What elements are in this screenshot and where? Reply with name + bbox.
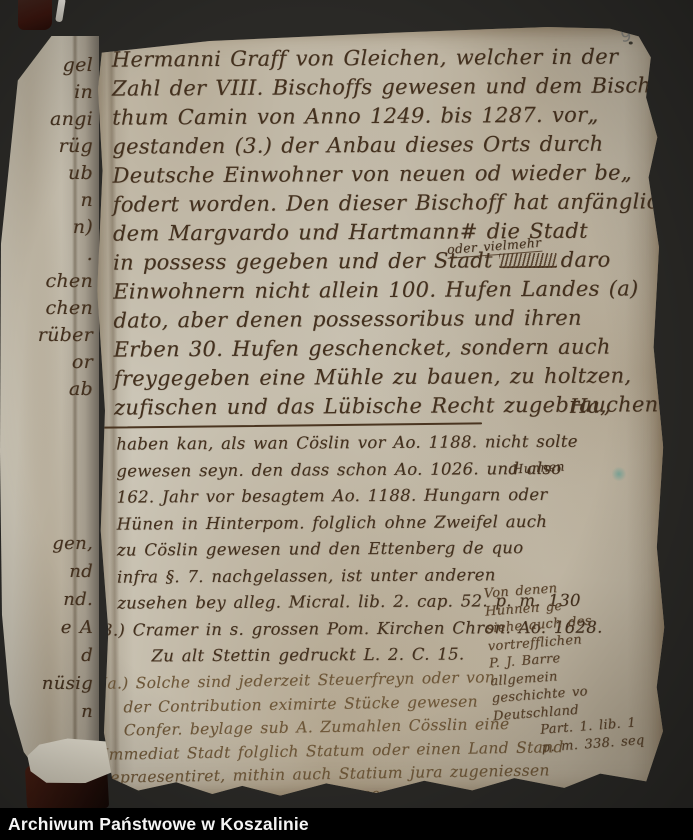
text-fragment: rüg (38, 133, 93, 160)
text-fragment: ub (38, 160, 93, 187)
manuscript-text-line: gestanden (3.) der Anbau dieses Orts dur… (112, 129, 654, 161)
scribbled-out-word (499, 253, 557, 268)
text-before-scribble: in possess gegeben und der Stadt (113, 248, 493, 274)
text-fragment: n (42, 698, 93, 726)
text-fragment: gel (38, 52, 93, 79)
manuscript-text-line: 162. Jahr vor besagtem Ao. 1188. Hungarn… (116, 481, 656, 511)
text-fragment: nd (42, 558, 93, 586)
text-fragment: n) (38, 214, 93, 241)
binding-thread (55, 0, 66, 22)
manuscript-text-line: Erben 30. Hufen geschencket, sondern auc… (114, 332, 656, 364)
text-fragment: nd. (42, 586, 93, 614)
archive-watermark-text: Archiwum Państwowe w Koszalinie (8, 814, 309, 835)
manuscript-text-line: freygegeben eine Mühle zu bauen, zu holt… (114, 361, 656, 393)
text-fragment: nüsig (42, 670, 93, 698)
catchword: Ha„ (570, 394, 611, 418)
manuscript-text-line: fodert worden. Den dieser Bischoff hat a… (113, 187, 655, 219)
text-fragment: gen, (42, 530, 93, 558)
text-fragment: chen (38, 268, 93, 295)
previous-page-text-fragments: gen, nd nd. e A d nüsig n (42, 530, 93, 726)
text-after-scribble: daro (561, 248, 611, 272)
text-fragment: e A (42, 614, 93, 642)
text-fragment: rüber (38, 322, 93, 349)
manuscript-text-line: haben kan, als wan Cöslin vor Ao. 1188. … (116, 428, 656, 458)
manuscript-text-line: Hermanni Graff von Gleichen, welcher in … (112, 42, 654, 74)
manuscript-text-line: thum Camin von Anno 1249. bis 1287. vor„ (112, 100, 654, 132)
manuscript-text-line: Deutsche Einwohner von neuen od wieder b… (112, 158, 654, 190)
manuscript-page: 9 Hermanni Graff von Gleichen, welcher i… (90, 25, 669, 800)
manuscript-text-line: Einwohnern nicht allein 100. Hufen Lande… (113, 274, 655, 306)
text-fragment: . (38, 241, 93, 268)
text-fragment: chen (38, 295, 93, 322)
manuscript-text-line-with-correction: in possess gegeben und der Stadtdaro (113, 245, 655, 277)
watermark-bar: Archiwum Państwowe w Koszalinie (0, 808, 693, 840)
text-fragment: n (38, 187, 93, 214)
text-fragment: or (38, 349, 93, 376)
text-fragment: ab (38, 376, 93, 403)
manuscript-text-line: gewesen seyn. den dass schon Ao. 1026. u… (116, 455, 656, 485)
manuscript-text-line: Hünen in Hinterpom. folglich ohne Zweife… (117, 508, 657, 538)
manuscript-text-line: dem Margvardo und Hartmann# die Stadt (113, 216, 655, 248)
book-spine-fragment (18, 0, 52, 30)
section-rule (101, 422, 482, 428)
margin-note-block: Von denen Hunnen ge siehe auch des vortr… (483, 572, 672, 760)
paper-speck (638, 33, 642, 36)
manuscript-text-line: zu Cöslin gewesen und den Ettenberg de q… (117, 534, 657, 564)
manuscript-text-line: dato, aber denen possessoribus und ihren (113, 303, 655, 335)
text-fragment: in (38, 79, 93, 106)
previous-page-text-fragments: gel in angi rüg ub n n) . chen chen rübe… (38, 52, 93, 403)
main-paragraph: Hermanni Graff von Gleichen, welcher in … (112, 42, 656, 422)
text-fragment: d (42, 642, 93, 670)
text-fragment: angi (38, 106, 93, 133)
manuscript-text-line: Zahl der VIII. Bischoffs gewesen und dem… (112, 71, 654, 103)
previous-page-edge: gel in angi rüg ub n n) . chen chen rübe… (0, 36, 99, 778)
archival-photo: gel in angi rüg ub n n) . chen chen rübe… (0, 0, 693, 840)
